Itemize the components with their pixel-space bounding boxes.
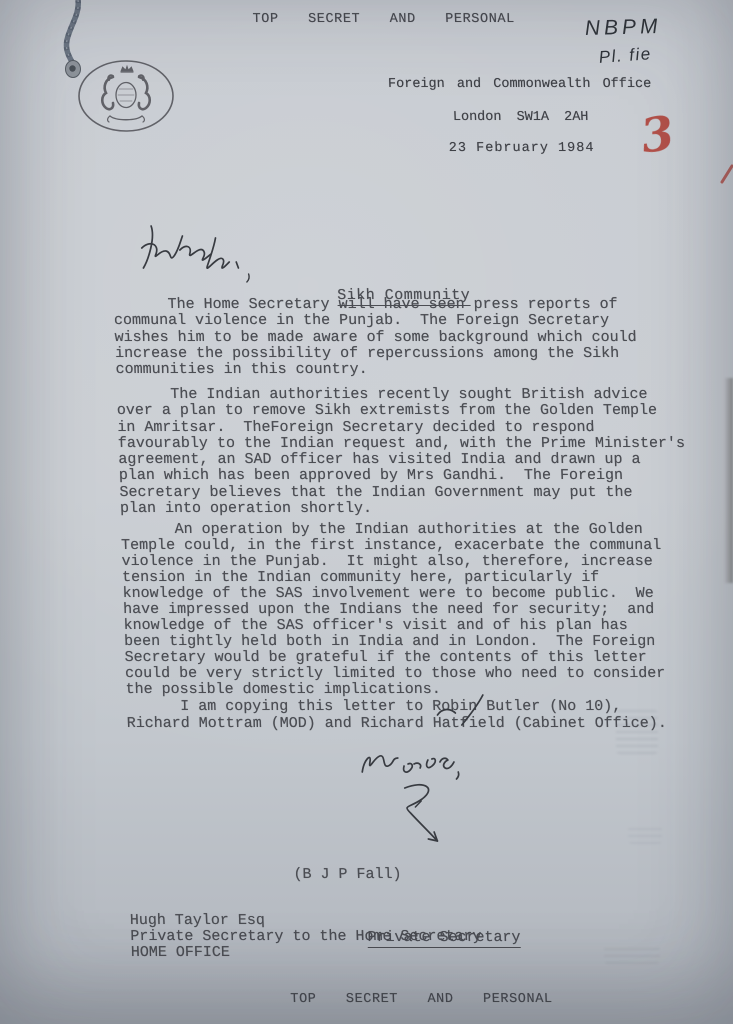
handwritten-filing-note: Pl. fie	[598, 44, 653, 68]
ink-bleedthrough-smudge	[616, 710, 658, 754]
body-paragraph-2: The Indian authorities recently sought B…	[116, 387, 726, 517]
red-edge-mark	[719, 164, 733, 184]
handwritten-initials: NBPM	[584, 15, 662, 41]
pen-slash-mark	[458, 693, 487, 727]
body-paragraph-1: The Home Secretary will have seen press …	[113, 297, 722, 378]
letterhead-date: 23 February 1984	[356, 141, 686, 156]
letterhead-department: Foreign and Commonwealth Office	[354, 77, 684, 92]
scanned-letter-photo: TOP SECRET AND PERSONAL NBPM Pl. fie For…	[0, 0, 733, 1024]
recipient-address: Hugh Taylor Esq Private Secretary to the…	[130, 913, 483, 961]
ink-bleedthrough-smudge	[628, 826, 662, 844]
body-paragraph-3: An operation by the Indian authorities a…	[120, 522, 732, 698]
page-content: TOP SECRET AND PERSONAL NBPM Pl. fie For…	[0, 0, 733, 1024]
page-edge-shadow	[724, 378, 733, 583]
letterhead-address: London SW1A 2AH	[355, 110, 685, 125]
classification-bottom: TOP SECRET AND PERSONAL	[290, 992, 553, 1007]
pen-tick-mark	[435, 706, 457, 718]
classification-top: TOP SECRET AND PERSONAL	[252, 12, 515, 27]
signatory-name: (B J P Fall)	[293, 867, 519, 883]
ink-bleedthrough-smudge	[604, 944, 660, 964]
